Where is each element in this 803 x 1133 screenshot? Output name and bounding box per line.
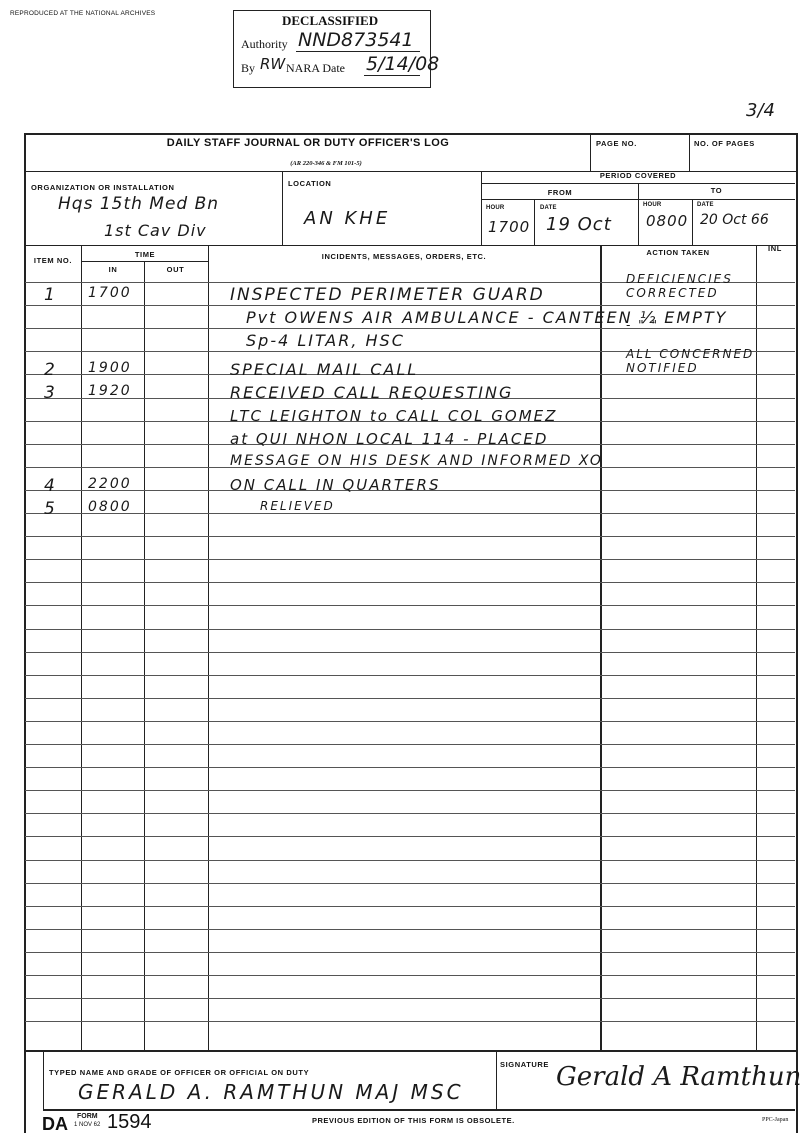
table-row-line — [25, 698, 795, 699]
table-row-line — [25, 767, 795, 768]
table-row-line — [25, 975, 795, 976]
form-id-label: FORM — [77, 1113, 98, 1120]
col-item-no: ITEM NO. — [28, 256, 78, 266]
location-value: AN KHE — [304, 208, 390, 229]
printer-mark: PPC-Japan — [762, 1117, 788, 1123]
org-line1: Hqs 15th Med Bn — [58, 194, 219, 214]
page-no-label: PAGE NO. — [596, 139, 637, 148]
to-hour-label: HOUR — [643, 202, 661, 208]
entry-time-in: 1700 — [88, 285, 132, 301]
table-row-line — [25, 813, 795, 814]
to-date-value: 20 Oct 66 — [700, 212, 769, 228]
entry-action: - " " — [626, 318, 786, 332]
table-row-line — [25, 675, 795, 676]
entry-item-no: 2 — [44, 360, 57, 380]
entry-item-no: 5 — [44, 499, 57, 519]
table-row-line — [25, 883, 795, 884]
to-hour-value: 0800 — [646, 212, 688, 230]
entry-text: SPECIAL MAIL CALL — [230, 360, 418, 379]
from-label: FROM — [481, 188, 639, 197]
officer-value: GERALD A. RAMTHUN MAJ MSC — [78, 1080, 464, 1104]
table-row-line — [25, 605, 795, 606]
to-label: TO — [638, 186, 795, 195]
entry-text: LTC LEIGHTON to CALL COL GOMEZ — [230, 407, 557, 425]
entry-time-in: 1900 — [88, 360, 132, 376]
col-out: OUT — [144, 265, 207, 274]
from-date-label: DATE — [540, 205, 557, 211]
stamp-authority-value: NND873541 — [298, 29, 414, 51]
stamp-by-label: By — [241, 61, 255, 76]
stamp-nara-label: NARA Date — [286, 61, 345, 76]
form-number: 1594 — [107, 1111, 152, 1133]
table-row-line — [25, 998, 795, 999]
entry-time-in: 1920 — [88, 383, 132, 399]
table-row-line — [25, 836, 795, 837]
form-title: DAILY STAFF JOURNAL OR DUTY OFFICER'S LO… — [26, 137, 590, 149]
table-row-line — [25, 744, 795, 745]
col-time: TIME — [82, 250, 208, 259]
table-row-line — [25, 582, 795, 583]
col-action: ACTION TAKEN — [600, 248, 756, 257]
entry-action: ALL CONCERNED NOTIFIED — [626, 347, 786, 375]
entry-text: ON CALL IN QUARTERS — [230, 476, 440, 494]
table-row-line — [25, 513, 795, 514]
corner-mark: 3/4 — [746, 100, 775, 121]
entry-action: DEFICIENCIES CORRECTED — [626, 272, 786, 300]
org-label: ORGANIZATION OR INSTALLATION — [31, 183, 174, 192]
col-incidents: INCIDENTS, MESSAGES, ORDERS, ETC. — [208, 252, 600, 261]
entry-text: INSPECTED PERIMETER GUARD — [230, 285, 545, 305]
entry-item-no: 4 — [44, 476, 57, 496]
entry-text: RECEIVED CALL REQUESTING — [230, 383, 513, 402]
table-row-line — [25, 952, 795, 953]
form-id-date: 1 NOV 62 — [74, 1122, 100, 1128]
org-line2: 1st Cav Div — [104, 221, 207, 240]
declassified-stamp: DECLASSIFIED Authority NND873541 By RW N… — [233, 10, 431, 88]
officer-label: TYPED NAME AND GRADE OF OFFICER OR OFFIC… — [49, 1068, 309, 1077]
stamp-by-value: RW — [260, 55, 285, 73]
location-label: LOCATION — [288, 179, 331, 188]
table-row-line — [25, 652, 795, 653]
authority-underline — [296, 51, 420, 52]
table-row-line — [25, 629, 795, 630]
entry-time-in: 0800 — [88, 499, 132, 515]
entry-time-in: 2200 — [88, 476, 132, 492]
to-date-label: DATE — [697, 202, 714, 208]
entry-text: at QUI NHON LOCAL 114 - PLACED — [230, 430, 548, 448]
form-subtitle: (AR 220-346 & FM 101-5) — [26, 160, 626, 167]
table-row-line — [25, 860, 795, 861]
obsolete-notice: PREVIOUS EDITION OF THIS FORM IS OBSOLET… — [312, 1116, 515, 1125]
no-of-pages-label: NO. OF PAGES — [694, 139, 755, 148]
from-hour-label: HOUR — [486, 205, 504, 211]
period-label: PERIOD COVERED — [481, 170, 795, 180]
entry-item-no: 1 — [44, 285, 57, 305]
col-in: IN — [82, 265, 144, 274]
entry-text: MESSAGE ON HIS DESK AND INFORMED XO — [230, 453, 603, 469]
entry-text: Sp-4 LITAR, HSC — [246, 331, 405, 350]
table-row-line — [25, 929, 795, 930]
from-hour-value: 1700 — [488, 218, 530, 236]
stamp-title: DECLASSIFIED — [282, 13, 378, 29]
nara-underline — [364, 75, 420, 76]
col-inl: INL — [756, 244, 794, 253]
archive-notice: REPRODUCED AT THE NATIONAL ARCHIVES — [10, 10, 155, 17]
table-row-line — [25, 559, 795, 560]
entry-text: RELIEVED — [260, 499, 335, 513]
table-row-line — [25, 790, 795, 791]
stamp-nara-value: 5/14/08 — [366, 53, 439, 75]
table-row-line — [25, 1021, 795, 1022]
table-row-line — [25, 721, 795, 722]
stamp-authority-label: Authority — [241, 37, 288, 52]
entry-item-no: 3 — [44, 383, 57, 403]
signature-label: SIGNATURE — [500, 1060, 549, 1069]
signature-value: Gerald A Ramthun — [556, 1062, 801, 1092]
from-date-value: 19 Oct — [546, 214, 612, 235]
table-row-line — [25, 305, 795, 306]
table-row-line — [25, 906, 795, 907]
form-id-prefix: DA — [42, 1114, 68, 1133]
table-row-line — [25, 536, 795, 537]
